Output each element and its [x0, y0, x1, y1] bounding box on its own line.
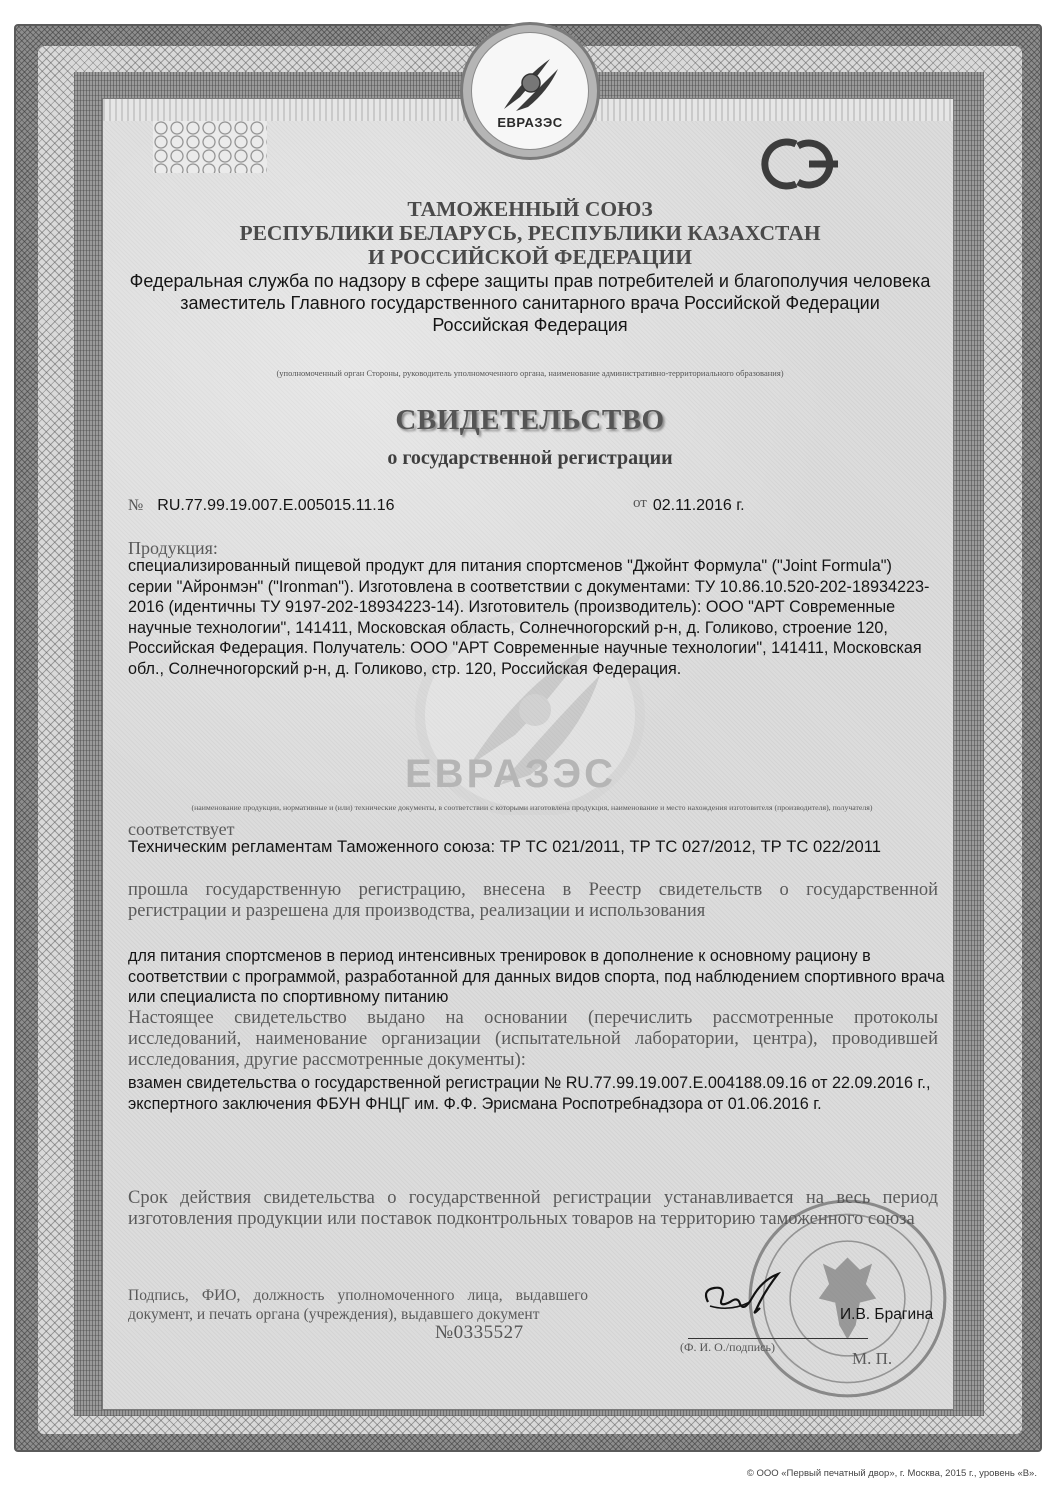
- union-title-line: ТАМОЖЕННЫЙ СОЮЗ: [110, 197, 950, 221]
- basis-label: Настоящее свидетельство выдано на основа…: [128, 1008, 938, 1071]
- certificate-subtitle: о государственной регистрации: [110, 447, 950, 470]
- basis-documents: взамен свидетельства о государственной р…: [128, 1073, 940, 1114]
- certificate-title: СВИДЕТЕЛЬСТВО: [110, 404, 950, 437]
- union-title-line: РЕСПУБЛИКИ БЕЛАРУСЬ, РЕСПУБЛИКИ КАЗАХСТА…: [110, 221, 950, 245]
- conforms-label: соответствует: [128, 820, 234, 838]
- union-title: ТАМОЖЕННЫЙ СОЮЗ РЕСПУБЛИКИ БЕЛАРУСЬ, РЕС…: [110, 197, 950, 269]
- registration-date-row: от02.11.2016 г.: [633, 497, 745, 515]
- eurasec-emblem: ЕВРАЗЭС: [460, 22, 600, 160]
- signature-note: Подпись, ФИО, должность уполномоченного …: [128, 1286, 588, 1324]
- watermark-label: ЕВРАЗЭС: [405, 752, 616, 797]
- issuing-authority: Федеральная служба по надзору в сфере за…: [110, 270, 950, 336]
- registration-statement: прошла государственную регистрацию, внес…: [128, 880, 938, 922]
- date-prefix: от: [633, 495, 647, 511]
- product-description: специализированный пищевой продукт для п…: [128, 556, 940, 679]
- lattice-pattern: [153, 121, 267, 173]
- usage-scope: для питания спортсменов в период интенси…: [128, 946, 948, 1008]
- printer-credit: © ООО «Первый печатный двор», г. Москва,…: [600, 1468, 1037, 1479]
- signature-icon: [700, 1272, 790, 1318]
- signatory-name: И.В. Брагина: [840, 1306, 933, 1324]
- product-label: Продукция:: [128, 539, 218, 557]
- form-serial-number: №0335527: [435, 1322, 524, 1344]
- registration-number: RU.77.99.19.007.E.005015.11.16: [157, 497, 394, 514]
- signature-line-caption: (Ф. И. О./подпись): [680, 1340, 775, 1355]
- authority-caption: (уполномоченный орган Стороны, руководит…: [150, 368, 910, 378]
- customs-union-conformity-mark-icon: [752, 134, 852, 194]
- union-title-line: И РОССИЙСКОЙ ФЕДЕРАЦИИ: [110, 245, 950, 269]
- product-caption: (наименование продукции, нормативные и (…: [124, 803, 940, 812]
- signature-line: [688, 1338, 868, 1339]
- authority-line: Федеральная служба по надзору в сфере за…: [110, 270, 950, 292]
- registration-date: 02.11.2016 г.: [653, 497, 745, 514]
- eurasec-emblem-icon: [498, 53, 562, 113]
- number-sign: №: [128, 497, 143, 514]
- authority-line: заместитель Главного государственного са…: [110, 292, 950, 314]
- authority-line: Российская Федерация: [110, 314, 950, 336]
- emblem-label: ЕВРАЗЭС: [497, 115, 562, 130]
- registration-number-row: №RU.77.99.19.007.E.005015.11.16: [128, 497, 928, 515]
- technical-regulations: Техническим регламентам Таможенного союз…: [128, 837, 940, 858]
- seal-place-label: М. П.: [852, 1349, 892, 1369]
